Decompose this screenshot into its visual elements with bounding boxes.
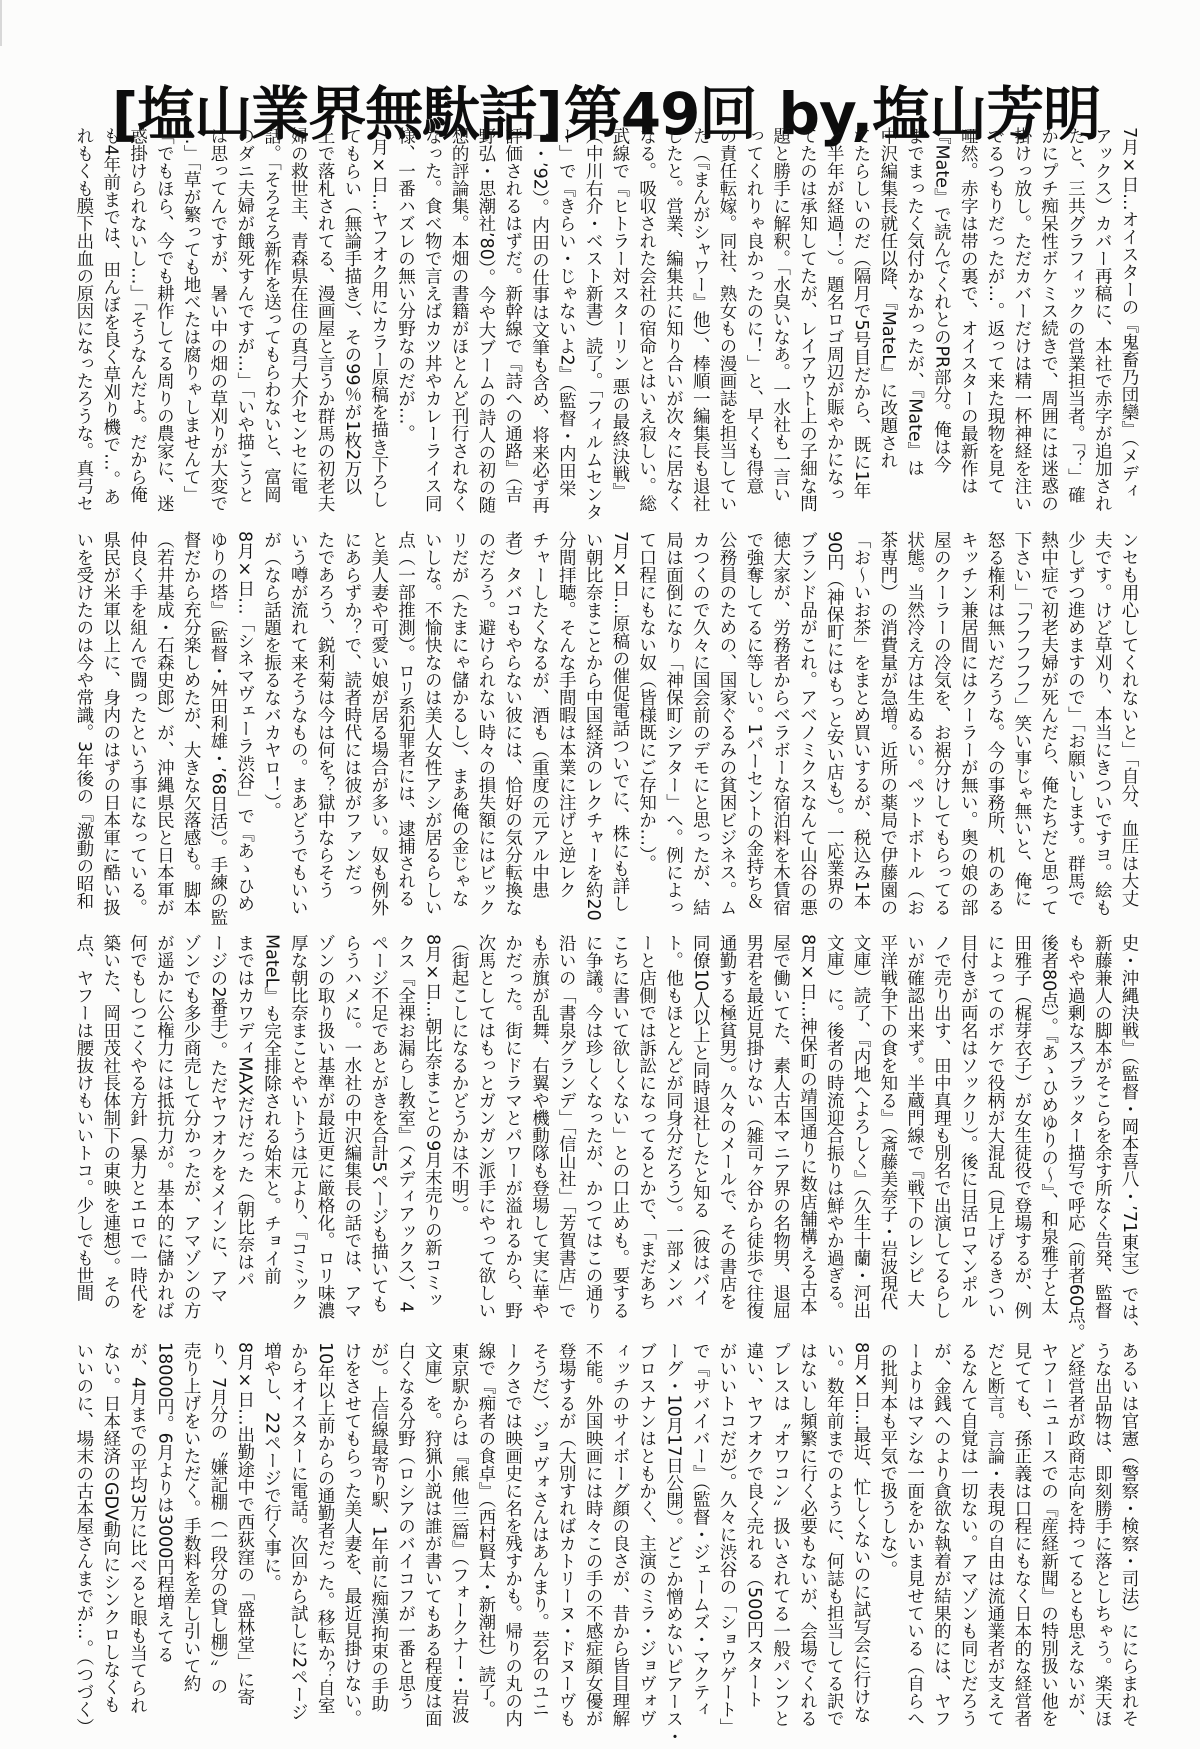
text-column: のダニ夫婦が餓死すんですが…」「いや描こうと: [231, 127, 258, 491]
text-column: 題と勝手に解釈。「水臭いなあ。一水社も一言い: [767, 127, 794, 491]
text-column: もやや過剰なスプラッター描写で呼応（前者60点。: [1062, 934, 1089, 1298]
text-column: が、金銭へのより貪欲な執着が結果的には、ヤフ: [928, 1342, 955, 1706]
text-column: 『Mate』で読んでくれとのPR部分。俺は今: [928, 127, 955, 491]
text-column: （街起こしになるかどうかは不明）。: [445, 934, 472, 1298]
text-column: ンセも用心してくれないと」「自分、血圧は大丈: [1115, 531, 1142, 895]
text-column: 中沢編集長就任以降、『MateL』に改題され: [874, 127, 901, 491]
text-column: が遥かに公権力には抵抗力が。基本的に儲かれば: [151, 934, 178, 1298]
text-column: て口程にもない奴（皆様既にご存知か…）。: [633, 531, 660, 895]
text-column: 18000円。6月よりは3000円程増えてる: [151, 1342, 178, 1706]
text-band-3: 史・沖縄決戦』（監督・岡本喜八・’71東宝）では、 新藤兼人の脚本がそこらを余す…: [70, 934, 1142, 1298]
text-column: プレスは〝オワコン〟扱いされてる一般パンフと: [767, 1342, 794, 1706]
text-column: までまったく気付かなかったが、『Mate』は: [901, 127, 928, 491]
text-column: 惑掛けられないし…」「そうなんだよ。だから俺: [124, 127, 151, 491]
text-column: けをさせてもらった美人妻を、最近見掛けない。: [338, 1342, 365, 1706]
text-column: （若井基成・石森史郎）が、沖縄県民と日本軍が: [151, 531, 178, 895]
text-column: がいいトコだが）。久々に渋谷の「ショウゲート」: [713, 1342, 740, 1706]
text-column: ブランド品がこれ。アベノミクスなんて山谷の悪: [794, 531, 821, 895]
text-column: 夫です。けど草刈り、本当にきついですヨ。絵も: [1088, 531, 1115, 895]
text-column: 8月×日…「シネマヴェーラ渋谷」で『あゝひめ: [231, 531, 258, 895]
text-column: （中川右介・ベスト新書）読了。「フィルムセンタ: [579, 127, 606, 491]
text-column: ゾンの取り扱い基準が最近更に厳格化。ロリ味濃: [311, 934, 338, 1298]
text-column: こちに書いて欲しくない」との口止めも。要する: [606, 934, 633, 1298]
text-column: 想的評論集。本畑の書籍がほとんど刊行されなく: [445, 127, 472, 491]
text-column: かにプチ痴呆性ボケミス続きで、周囲には迷惑の: [1035, 127, 1062, 491]
text-column: は思ってんですが、暑い中の畑の草刈りが大変で: [204, 127, 231, 491]
text-column: 厚な朝比奈まことやいトうは元より、『コミック: [285, 934, 312, 1298]
text-column: 様、一番ハズレの無い分野なのだが…。: [392, 127, 419, 491]
text-column: 7月×日…ヤフオク用にカラー原稿を描き下ろし: [365, 127, 392, 491]
text-column: に争議。今は珍しくなったが、かつてはこの通り: [579, 934, 606, 1298]
text-column: いしな。不愉快なのは美人女性アシが居るらしい: [418, 531, 445, 895]
text-column: したと。営業、編集共に知り合いが次々に居なく: [660, 127, 687, 491]
text-column: てもらい（無論手描き）、その99％が1枚2万以: [338, 127, 365, 491]
text-column: 「お～いお茶」をまとめ買いするが、税込み1本: [847, 531, 874, 895]
text-column: MateL』も完全排除される始末と。チョイ前: [258, 934, 285, 1298]
text-column: も赤旗が乱舞、右翼や機動隊も登場して実に華や: [526, 934, 553, 1298]
text-column: 仲良く手を組んで闘ったという事になっている。: [124, 531, 151, 895]
text-column: 見てても、孫正義は口程にもなく日本的な経営者: [1008, 1342, 1035, 1706]
text-column: 8月×日…最近、忙しくないのに試写会に行けな: [847, 1342, 874, 1706]
text-column: らうハメに。一水社の中沢編集長の話では、アマ: [338, 934, 365, 1298]
text-column: 10年以上前からの通勤者だった。移転か？自室: [311, 1342, 338, 1706]
text-column: 田雅子（梶芽衣子）が女生徒役で登場するが、例: [1008, 934, 1035, 1298]
text-column: …」「草が繁っても地べたは腐りゃしませんて」: [177, 127, 204, 491]
text-column: まではカワディMAXだけだった（朝比奈はパ: [231, 934, 258, 1298]
text-column: 後者80点）。『あゝひめゆりの～』、和泉雅子と太: [1035, 934, 1062, 1298]
text-column: 話。「そろそろ新作を送ってもらわないと、富岡: [258, 127, 285, 491]
text-column: で強奪してるに等しい。1パーセントの金持ち＆: [740, 531, 767, 895]
text-column: チャーしたくなるが、酒も（重度の元アル中患: [526, 531, 553, 895]
text-column: 東京駅からは『熊 他三篇』（フォークナー・岩波: [445, 1342, 472, 1706]
text-column: ト。他もほとんどが同身分だろう）。一部メンバ: [660, 934, 687, 1298]
text-column: 婦の救世主、青森県在住の真弓大介センセに電: [285, 127, 312, 491]
page-edge-line: [0, 0, 2, 46]
text-column: 文庫）に。後者の時流迎合振りは鮮やか過ぎる。: [820, 934, 847, 1298]
text-column: 目付きが両名はソックリ）。後に日活ロマンポル: [954, 934, 981, 1298]
text-column: 県民が米軍以上に、身内のはずの日本軍に酷い扱: [97, 531, 124, 895]
text-column: 督だから充分楽しめたが、大きな欠落感も。脚本: [177, 531, 204, 895]
text-column: 違い、ヤフオクで良く売れる（500円スタート: [740, 1342, 767, 1706]
text-column: も4年前までは、田んぼを良く草刈り機で…。あ: [97, 127, 124, 491]
text-column: 徳大家が、労務者からベラボーな宿泊料を木賃宿: [767, 531, 794, 895]
text-column: で『サバイバー』（監督・ジェームズ・マクティ: [686, 1342, 713, 1706]
text-column: 局は面倒になり「神保町シアター」へ。例によっ: [660, 531, 687, 895]
text-column: うな出品物は、即刻勝手に落としちゃう。楽天ほ: [1088, 1342, 1115, 1706]
text-column: なる。吸収された会社の宿命とはいえ寂しい。総: [633, 127, 660, 491]
text-column: キッチン兼居間にはクーラーが無い。奥の娘の部: [954, 531, 981, 895]
text-column: ページ不足であとがきを合計5ページも描いても: [365, 934, 392, 1298]
text-column: リだが（たまにゃ儲かるし）、まあ俺の金じゃな: [445, 531, 472, 895]
text-column: 90円（神保町にはもっと安い店も）。一応業界の: [820, 531, 847, 895]
text-column: 沿いの「書泉グランデ」「信山社」「芳賀書店」で: [552, 934, 579, 1298]
text-band-4: あるいは官憲（警察・検察・司法）ににらまれそ うな出品物は、即刻勝手に落としちゃ…: [70, 1342, 1142, 1706]
text-column: からオイスターに電話。次回から試しに2ページ: [285, 1342, 312, 1706]
text-band-2: ンセも用心してくれないと」「自分、血圧は大丈 夫です。けど草刈り、本当にきついで…: [70, 531, 1142, 895]
text-column: が、4月までの平均3万に比べると眼も当てられ: [124, 1342, 151, 1706]
text-column: の責任転嫁。同社、熟女もの漫画誌を担当してい: [713, 127, 740, 491]
text-column: 新藤兼人の脚本がそこらを余す所なく告発、監督: [1088, 934, 1115, 1298]
text-column: 野弘・思潮社’80）。今や大ブームの詩人の初の随: [472, 127, 499, 491]
text-column: の批判本も平気で扱うしな）。: [874, 1342, 901, 1706]
text-column: いう噂が流れて来そうなもの。まあどうでもいい: [285, 531, 312, 895]
text-column: 上で落札されてる、漫画屋と言うか群馬の初老夫: [311, 127, 338, 491]
text-column: 状態。当然冷え方は生ぬるい。ペットボトル（お: [901, 531, 928, 895]
text-column: はないし頻繁に行く必要もないが、会場でくれる: [794, 1342, 821, 1706]
text-column: そうだ）、ジョヴォさんはあんまり。芸名のユニ: [526, 1342, 553, 1706]
text-column: いが確認出来ず。半蔵門線で『戦下のレシピ 大: [901, 934, 928, 1298]
text-column: いいのに、場末の古本屋さんまでが…。（つづく）: [70, 1342, 97, 1706]
text-column: ーよりはマシな一面をかいま見せている（自らへ: [901, 1342, 928, 1706]
text-column: なった。食べ物で言えばカツ丼やカレーライス同: [418, 127, 445, 491]
text-column: ー」で『きらい・じゃないよ2』（監督・内田栄: [552, 127, 579, 491]
text-column: 者）タバコもやらない彼には、恰好の気分転換な: [499, 531, 526, 895]
text-column: 怒る権利は無いだろうな。今の事務所、机のある: [981, 531, 1008, 895]
text-column: 8月×日…朝比奈まことの9月末売りの新コミッ: [418, 934, 445, 1298]
text-column: 分間拝聴。そんな手間暇は本業に注げと逆レク: [552, 531, 579, 895]
text-column: ノで売り出す、田中真理も別名で出演してるらし: [928, 934, 955, 1298]
text-column: 文庫）を。狩猟小説は誰が書いてもある程度は面: [418, 1342, 445, 1706]
text-column: だと断言。言論・表現の自由は流通業者が支えて: [981, 1342, 1008, 1706]
text-column: 登場するが（大別すればカトリーヌ・ドヌーヴも: [552, 1342, 579, 1706]
text-column: ゆりの塔』（監督・舛田利雄・’68日活）。手練の監: [204, 531, 231, 895]
text-column: 下さい」「フフフフフ」笑い事じゃ無いと、俺に: [1008, 531, 1035, 895]
text-column: 茶専門）の消費量が急増。近所の薬局で伊藤園の: [874, 531, 901, 895]
text-column: アックス）カバー再稿に、本社で赤字が追加され: [1088, 127, 1115, 491]
text-column: 掛けっ放し。ただカバーだけは精一杯神経を注い: [1008, 127, 1035, 491]
text-column: 何でもしつこくやる方針（暴力とエロで一時代を: [124, 934, 151, 1298]
text-column: ィッチのサイボーグ顔の良さが、昔から皆目理解: [606, 1342, 633, 1706]
text-column: 通勤する極貧男）。久々のメールで、その書店を: [713, 934, 740, 1298]
text-column: のだろう。避けられない時々の損失額にはビック: [472, 531, 499, 895]
text-column: ークさでは映画史に名を残すかも。帰りの丸の内: [499, 1342, 526, 1706]
text-column: るなんて自覚は一切ない。アマゾンも同じだろう: [954, 1342, 981, 1706]
text-column: 評価されるはずだ。新幹線で『詩への通路』（吉: [499, 127, 526, 491]
text-column: によってのボケで役柄が大混乱（見上げるきつい: [981, 934, 1008, 1298]
text-column: でるつもりだったが…。返って来た現物を見て: [981, 127, 1008, 491]
text-column: と半年が経過！）。題名ロゴ周辺が賑やかになっ: [820, 127, 847, 491]
text-column: 熱中症で初老夫婦が死んだら、俺たちだと思って: [1035, 531, 1062, 895]
text-column: い。数年前までのように、何誌も担当してる訳で: [820, 1342, 847, 1706]
text-column: ーグ・10月17日公開）。どこか憎めないピアース・: [660, 1342, 687, 1706]
text-column: 少しずつ進めますので」「お願いします。群馬で: [1062, 531, 1089, 895]
text-column: 売り上げをいただく。手数料を差し引いて約: [177, 1342, 204, 1706]
text-column: ない。日本経済のGDV動向にシンクロしなくも: [97, 1342, 124, 1706]
text-column: れもくも膜下出血の原因になったろうな。真弓セ: [70, 127, 97, 491]
text-column: 不能。外国映画には時々この手の不感症顔女優が: [579, 1342, 606, 1706]
text-column: 7月×日…原稿の催促電話ついでに、株にも詳し: [606, 531, 633, 895]
text-column: 武線で『ヒトラー対スターリン 悪の最終決戦』: [606, 127, 633, 491]
text-column: カつくので久々に国会前のデモにと思ったが、結: [686, 531, 713, 895]
text-column: 白くなる分野（ロシアのバイコフが一番と思う: [392, 1342, 419, 1706]
text-column: クス『全裸お漏らし教室』（メディアックス）、4: [392, 934, 419, 1298]
text-column: てたのは承知してたが、レイアウト上の子細な問: [794, 127, 821, 491]
text-column: たであろう、鋭利菊は今は何を？獄中ならそう: [311, 531, 338, 895]
text-column: ど経営者が政商志向を持ってるとも思えないが、: [1062, 1342, 1089, 1706]
text-column: たと、三共グラフィックの営業担当者。「？」確: [1062, 127, 1089, 491]
text-column: り、7月分の〝嫌記棚（一段分の貸し棚）〟の: [204, 1342, 231, 1706]
text-column: ーと店側では訴訟になってるとかで、「まだあち: [633, 934, 660, 1298]
text-column: た（『まんがシャワー』他）、棒順一編集長も退社: [686, 127, 713, 491]
text-column: 唖然。赤字は帯の裏で、オイスターの最新作は: [954, 127, 981, 491]
text-column: い朝比奈まことから中国経済のレクチャーを約20: [579, 531, 606, 895]
text-column: 「でもほら、今でも耕作してる周りの農家に、迷: [151, 127, 178, 491]
text-column: 平洋戦争下の食を知る』（斎藤美奈子・岩波現代: [874, 934, 901, 1298]
text-band-1: 7月×日…オイスターの『鬼畜乃団欒』（メディ アックス）カバー再稿に、本社で赤字…: [70, 127, 1142, 491]
text-column: と美人妻や可愛い娘が居る場合が多い。奴も例外: [365, 531, 392, 895]
text-column: 屋のクーラーの冷気を、お裾分けしてもらってる: [928, 531, 955, 895]
text-column: ってくれりゃ良かったのに！」と、早くも得意: [740, 127, 767, 491]
text-column: 文庫）読了、『内地へよろしく』（久生十蘭・河出: [847, 934, 874, 1298]
text-column: ブロスナンはともかく、主演のミラ・ジョヴォヴ: [633, 1342, 660, 1706]
text-column: 史・沖縄決戦』（監督・岡本喜八・’71東宝）では、: [1115, 934, 1142, 1298]
text-column: が）。上信線最寄り駅、1年前に痴漢拘束の手助: [365, 1342, 392, 1706]
text-column: が（なら話題を振るなバカヤロ！）。: [258, 531, 285, 895]
text-column: 線で『痴者の食卓』（西村賢太・新潮社）読了。: [472, 1342, 499, 1706]
text-column: あるいは官憲（警察・検察・司法）ににらまれそ: [1115, 1342, 1142, 1706]
text-column: てたらしいのだ（隔月で5号目だから、既に1年: [847, 127, 874, 491]
text-column: 点（一部推測）。ロリ系犯罪者には、逮捕される: [392, 531, 419, 895]
text-column: 増やし、22ページで行く事に。: [258, 1342, 285, 1706]
text-column: 屋で働いてた、素人古本マニア界の名物男、退屈: [767, 934, 794, 1298]
text-column: 8月×日…神保町の靖国通りに数店舗構える古本: [794, 934, 821, 1298]
text-column: 7月×日…オイスターの『鬼畜乃団欒』（メディ: [1115, 127, 1142, 491]
text-column: ゾンでも多少商売して分かったが、アマゾンの方: [177, 934, 204, 1298]
text-column: 次馬としてはもっとガンガン派手にやって欲しい: [472, 934, 499, 1298]
text-column: 男君を最近見掛けない（雑司ヶ谷から徒歩で往復: [740, 934, 767, 1298]
text-column: 8月×日…出勤途中で西荻窪の「盛林堂」に寄: [231, 1342, 258, 1706]
text-column: 同僚10人以上と同時退社したと知る（彼はバイ: [686, 934, 713, 1298]
text-column: いを受けたのは今や常識。3年後の『激動の昭和: [70, 531, 97, 895]
text-column: ージの2番手）。ただヤフオクをメインに、アマ: [204, 934, 231, 1298]
text-column: にあらずか？で、読者時代には彼がファンだっ: [338, 531, 365, 895]
text-column: ヤフーニュースでの『産経新聞』の特別扱い他を: [1035, 1342, 1062, 1706]
text-column: 公務員のための、国家ぐるみの貧困ビジネス。ム: [713, 531, 740, 895]
text-column: かだった。街にドラマとパワーが溢れるから、野: [499, 934, 526, 1298]
text-column: 築いた、岡田茂社長体制下の東映を連想）。その: [97, 934, 124, 1298]
text-column: 点、ヤフーは腰抜けもいいトコ。少しでも世間: [70, 934, 97, 1298]
text-column: 一・’92）。内田の仕事は文筆も含め、将来必ず再: [526, 127, 553, 491]
